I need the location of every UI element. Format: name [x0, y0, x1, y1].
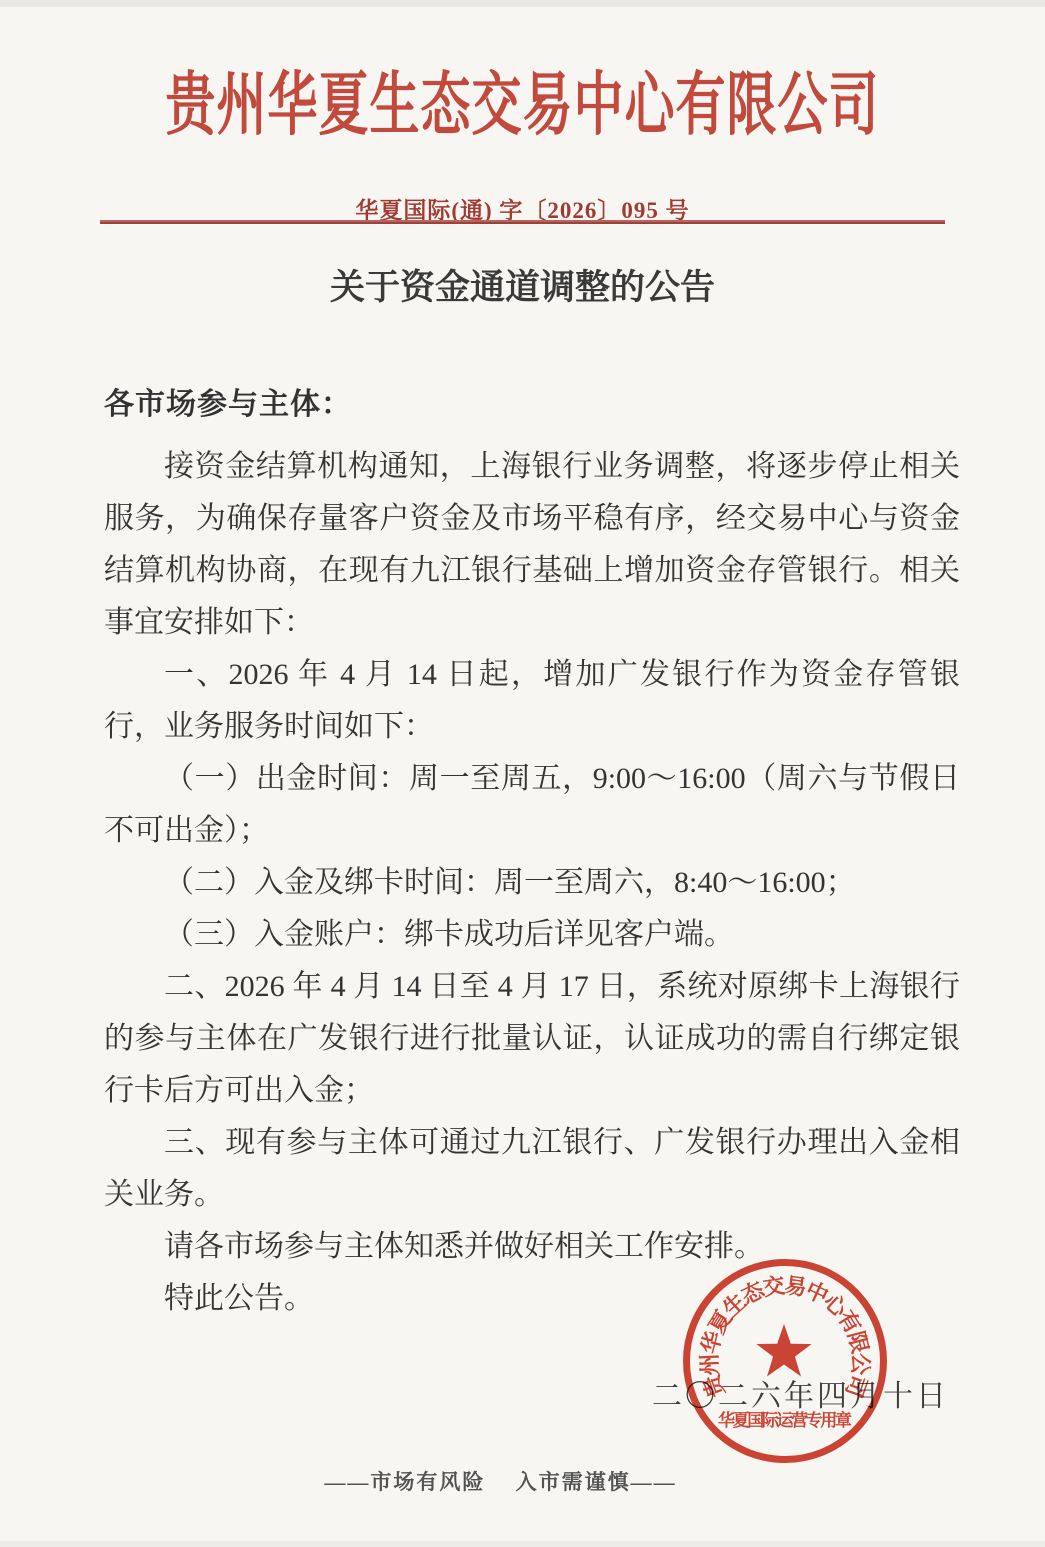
body-paragraph: 一、2026 年 4 月 14 日起，增加广发银行作为资金存管银行，业务服务时间… [104, 649, 960, 753]
header-divider-rule [100, 220, 945, 224]
announcement-body: 接资金结算机构通知，上海银行业务调整，将逐步停止相关服务，为确保存量客户资金及市… [104, 441, 960, 1325]
scan-edge-top [0, 0, 1045, 7]
body-paragraph: 三、现有参与主体可通过九江银行、广发银行办理出入金相关业务。 [104, 1117, 960, 1221]
org-title: 贵州华夏生态交易中心有限公司 [0, 70, 1045, 139]
scan-edge-bottom [0, 1541, 1045, 1547]
announcement-document: 贵州华夏生态交易中心有限公司 华夏国际(通) 字〔2026〕095 号 关于资金… [0, 0, 1045, 1547]
body-paragraph: （三）入金账户：绑卡成功后详见客户端。 [104, 909, 960, 961]
footer-disclaimer: ——市场有风险 入市需谨慎—— [0, 1466, 1001, 1496]
announcement-title: 关于资金通道调整的公告 [0, 260, 1045, 310]
body-paragraph: （一）出金时间：周一至周五，9:00～16:00（周六与节假日不可出金）； [104, 753, 960, 857]
body-paragraph: 接资金结算机构通知，上海银行业务调整，将逐步停止相关服务，为确保存量客户资金及市… [104, 441, 960, 649]
body-paragraph: 二、2026 年 4 月 14 日至 4 月 17 日，系统对原绑卡上海银行的参… [104, 961, 960, 1117]
salutation: 各市场参与主体： [104, 379, 352, 423]
body-paragraph: （二）入金及绑卡时间：周一至周六，8:40～16:00； [104, 857, 960, 909]
official-seal: 贵州华夏生态交易中心有限公司 华夏国际运营专用章 [680, 1256, 890, 1466]
seal-star-icon [756, 1324, 811, 1377]
seal-bottom-text: 华夏国际运营专用章 [718, 1410, 852, 1430]
